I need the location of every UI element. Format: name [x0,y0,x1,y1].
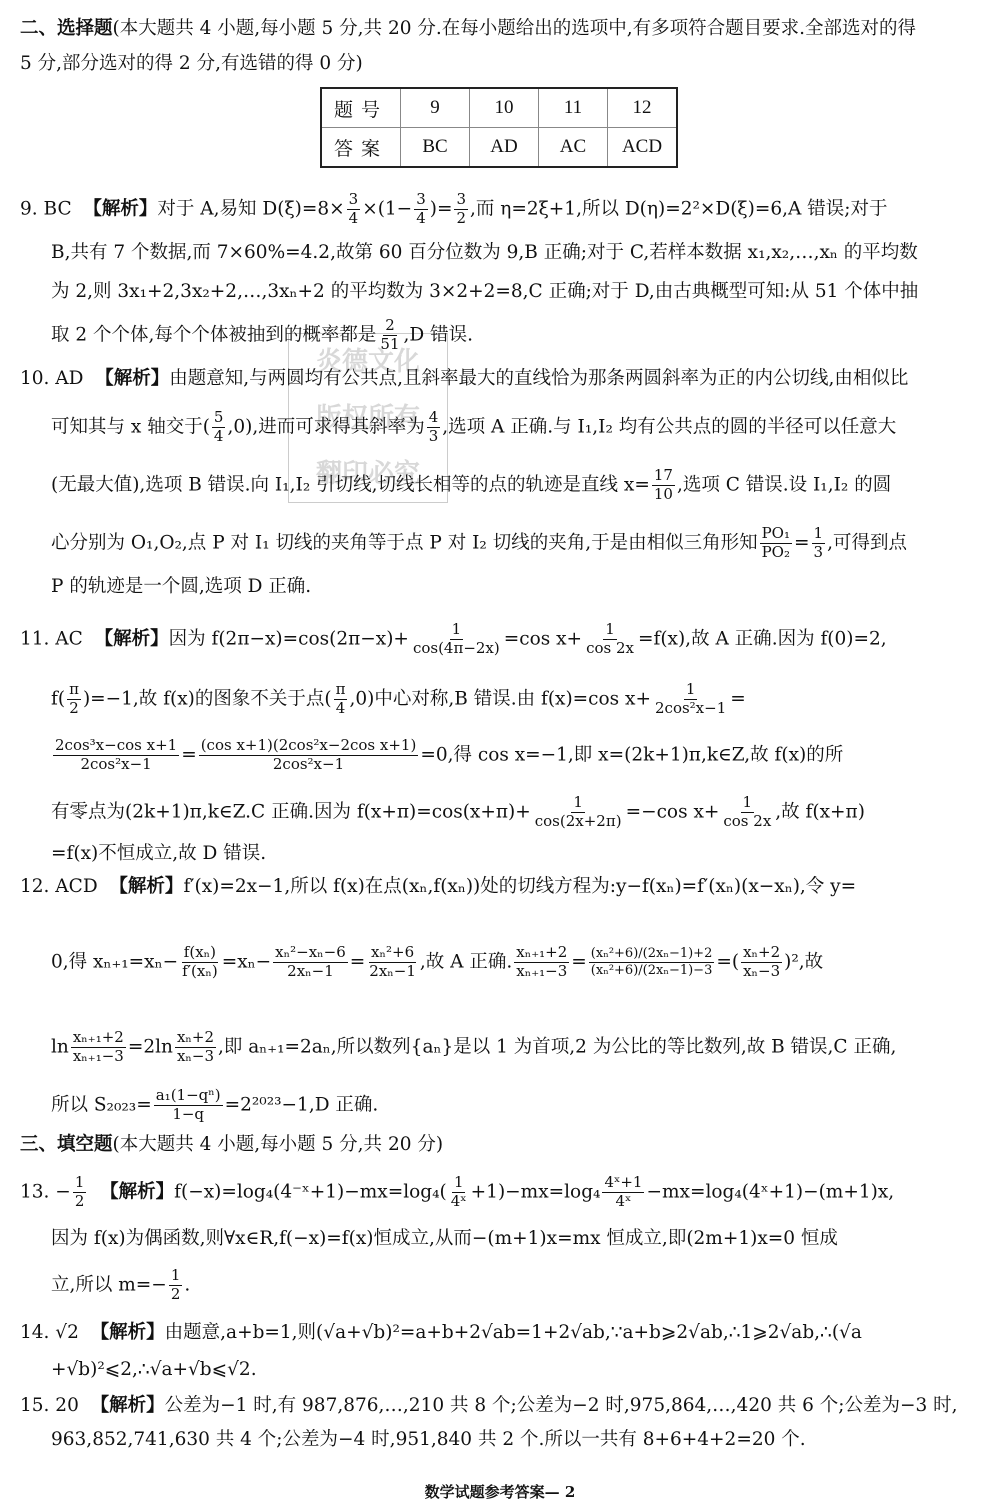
fraction: 32 [454,192,468,227]
text: 心分别为 O₁,O₂,点 P 对 I₁ 切线的夹角等于点 P 对 I₂ 切线的夹… [51,532,758,553]
text: ,选项 A 正确.与 I₁,I₂ 均有公共点的圆的半径可以任意大 [442,416,896,437]
answer-cell: BC [401,128,470,168]
text: ,D 错误. [404,324,473,345]
section-title: 三、填空题 [20,1134,113,1155]
question-label: 14. √2 [20,1322,79,1343]
fraction: xₙ₊₁+2xₙ₊₁−3 [514,945,569,980]
fraction: (cos x+1)(2cos²x−2cos x+1)2cos²x−1 [199,738,419,773]
fraction: 1710 [652,468,675,503]
fraction: 43 [427,410,441,445]
section-2-heading-cont: 5 分,部分选对的得 2 分,有选错的得 0 分) [20,55,363,74]
fraction: π2 [67,682,81,717]
row-header: 题号 [321,88,401,128]
question-label: 15. 20 [20,1395,79,1416]
text: )= [430,198,453,219]
q9-line-3: 为 2,则 3x₁+2,3x₂+2,…,3xₙ+2 的平均数为 3×2+2=8,… [51,283,918,302]
text: =( [716,951,739,972]
text: = [181,744,197,765]
fraction: xₙ₊₁+2xₙ₊₁−3 [71,1030,126,1065]
section-2-heading: 二、选择题(本大题共 4 小题,每小题 5 分,共 20 分.在每小题给出的选项… [20,20,916,39]
text: =2²⁰²³−1,D 正确. [225,1094,379,1115]
q14-line-1: 14. √2 【解析】由题意,a+b=1,则(√a+√b)²=a+b+2√ab=… [20,1324,862,1343]
question-label: 10. AD [20,368,84,389]
fraction: 12cos²x−1 [653,682,728,717]
text: +1)−mx=log₄ [471,1181,601,1202]
fraction: xₙ+2xₙ−3 [175,1030,216,1065]
section-description: (本大题共 4 小题,每小题 5 分,共 20 分) [113,1134,444,1155]
q11-line-3: 2cos³x−cos x+12cos²x−1=(cos x+1)(2cos²x−… [51,738,843,773]
answer-key-page: 炎德文化 版权所有 翻印必究 二、选择题(本大题共 4 小题,每小题 5 分,共… [0,0,1000,1509]
q12-line-3: lnxₙ₊₁+2xₙ₊₁−3=2lnxₙ+2xₙ−3,即 aₙ₊₁=2aₙ,所以… [51,1030,896,1065]
q11-line-1: 11. AC 【解析】因为 f(2π−x)=cos(2π−x)+1cos(4π−… [20,622,887,657]
q10-line-1: 10. AD 【解析】由题意知,与两圆均有公共点,且斜率最大的直线恰为那条两圆斜… [20,370,908,389]
answer-cell: AC [539,128,608,168]
table-row: 题号 9 10 11 12 [321,88,677,128]
text: 有零点为(2k+1)π,k∈Z.C 正确.因为 f(x+π)=cos(x+π)+ [51,801,531,822]
fraction: xₙ²+62xₙ−1 [367,945,418,980]
fraction: 12 [73,1175,87,1210]
fraction: 1cos 2x [584,622,636,657]
text: 公差为−1 时,有 987,876,…,210 共 8 个;公差为−2 时,97… [165,1395,958,1416]
q13-line-2: 因为 f(x)为偶函数,则∀x∈R,f(−x)=f(x)恒成立,从而−(m+1)… [51,1230,838,1249]
question-label: 13. − [20,1181,71,1202]
text: ×(1− [362,198,412,219]
text: f( [51,688,65,709]
fraction: 12 [169,1268,183,1303]
fraction: 34 [347,192,361,227]
analysis-tag: 【解析】 [95,368,169,389]
text: ,0)中心对称,B 错误.由 f(x)=cos x+ [349,688,651,709]
fraction: 1cos(4π−2x) [411,622,502,657]
fraction: f(xₙ)f′(xₙ) [180,945,220,980]
table-row: 答案 BC AD AC ACD [321,128,677,168]
text: ,0),进而可求得其斜率为 [227,416,424,437]
text: )²,故 [784,951,823,972]
analysis-tag: 【解析】 [91,1322,165,1343]
fraction: 14ˣ [449,1175,469,1210]
q12-line-4: 所以 S₂₀₂₃=a₁(1−qⁿ)1−q=2²⁰²³−1,D 正确. [51,1088,378,1123]
fraction: (xₙ²+6)/(2xₙ−1)+2(xₙ²+6)/(2xₙ−1)−3 [589,947,715,977]
analysis-tag: 【解析】 [109,876,183,897]
text: 由题意知,与两圆均有公共点,且斜率最大的直线恰为那条两圆斜率为正的内公切线,由相… [169,368,908,389]
text: ,故 f(x+π) [775,801,865,822]
q9-line-4: 取 2 个个体,每个个体被抽到的概率都是251,D 错误. [51,318,473,353]
question-number-cell: 11 [539,88,608,128]
text: =2ln [128,1036,173,1057]
text: ,故 A 正确. [420,951,512,972]
text: 取 2 个个体,每个个体被抽到的概率都是 [51,324,376,345]
text: ,而 η=2ξ+1,所以 D(η)=2²×D(ξ)=6,A 错误;对于 [470,198,887,219]
fraction: 251 [378,318,401,353]
text: 所以 S₂₀₂₃= [51,1094,152,1115]
text: 对于 A,易知 D(ξ)=8× [157,198,344,219]
analysis-tag: 【解析】 [83,198,157,219]
q10-line-3: (无最大值),选项 B 错误.向 I₁,I₂ 引切线,切线长相等的点的轨迹是直线… [51,468,891,503]
text: f(−x)=log₄(4⁻ˣ+1)−mx=log₄( [174,1181,447,1202]
q10-line-4: 心分别为 O₁,O₂,点 P 对 I₁ 切线的夹角等于点 P 对 I₂ 切线的夹… [51,526,907,561]
text: 0,得 xₙ₊₁=xₙ− [51,951,178,972]
analysis-tag: 【解析】 [95,628,169,649]
fraction: 34 [414,192,428,227]
q10-line-2: 可知其与 x 轴交于(54,0),进而可求得其斜率为43,选项 A 正确.与 I… [51,410,896,445]
text: = [350,951,366,972]
q13-line-1: 13. −12 【解析】f(−x)=log₄(4⁻ˣ+1)−mx=log₄(14… [20,1175,894,1210]
fraction: 4ˣ+14ˣ [602,1175,644,1210]
text: f′(x)=2x−1,所以 f(x)在点(xₙ,f(xₙ))处的切线方程为:y−… [183,876,856,897]
text: (无最大值),选项 B 错误.向 I₁,I₂ 引切线,切线长相等的点的轨迹是直线… [51,474,650,495]
answer-table: 题号 9 10 11 12 答案 BC AD AC ACD [320,87,678,168]
text: =xₙ− [222,951,271,972]
q10-line-5: P 的轨迹是一个圆,选项 D 正确. [51,578,311,597]
section-3-heading: 三、填空题(本大题共 4 小题,每小题 5 分,共 20 分) [20,1136,443,1155]
row-header: 答案 [321,128,401,168]
q14-line-2: +√b)²⩽2,∴√a+√b⩽√2. [51,1361,257,1380]
fraction: π4 [334,682,348,717]
question-label: 11. AC [20,628,83,649]
text: =f(x),故 A 正确.因为 f(0)=2, [638,628,887,649]
text: =cos x+ [504,628,582,649]
text: 由题意,a+b=1,则(√a+√b)²=a+b+2√ab=1+2√ab,∵a+b… [165,1322,862,1343]
fraction: 54 [212,410,226,445]
analysis-tag: 【解析】 [91,1395,165,1416]
text: 可知其与 x 轴交于( [51,416,210,437]
fraction: 1cos 2x [721,795,773,830]
text: = [794,532,810,553]
q15-line-1: 15. 20 【解析】公差为−1 时,有 987,876,…,210 共 8 个… [20,1397,958,1416]
text: =−cos x+ [626,801,720,822]
fraction: 2cos³x−cos x+12cos²x−1 [53,738,179,773]
section-description: (本大题共 4 小题,每小题 5 分,共 20 分.在每小题给出的选项中,有多项… [113,18,917,39]
q11-line-2: f(π2)=−1,故 f(x)的图象不关于点(π4,0)中心对称,B 错误.由 … [51,682,746,717]
text: = [730,688,746,709]
text: −mx=log₄(4ˣ+1)−(m+1)x, [646,1181,894,1202]
fraction: 13 [812,526,826,561]
fraction: 1cos(2x+2π) [533,795,624,830]
q12-line-2: 0,得 xₙ₊₁=xₙ−f(xₙ)f′(xₙ)=xₙ−xₙ²−xₙ−62xₙ−1… [51,945,823,980]
fraction: xₙ²−xₙ−62xₙ−1 [273,945,348,980]
q9-line-1: 9. BC 【解析】对于 A,易知 D(ξ)=8×34×(1−34)=32,而 … [20,192,887,227]
text: )=−1,故 f(x)的图象不关于点( [83,688,332,709]
q13-line-3: 立,所以 m=−12. [51,1268,190,1303]
text: ln [51,1036,69,1057]
q11-line-4: 有零点为(2k+1)π,k∈Z.C 正确.因为 f(x+π)=cos(x+π)+… [51,795,865,830]
section-title: 二、选择题 [20,18,113,39]
question-label: 9. BC [20,198,72,219]
question-number-cell: 12 [608,88,678,128]
page-footer: 数学试题参考答案— 2 [0,1481,1000,1502]
text: . [184,1274,190,1295]
text: ,即 aₙ₊₁=2aₙ,所以数列{aₙ}是以 1 为首项,2 为公比的等比数列,… [218,1036,896,1057]
text: =0,得 cos x=−1,即 x=(2k+1)π,k∈Z,故 f(x)的所 [420,744,843,765]
text: ,可得到点 [827,532,907,553]
text: = [571,951,587,972]
q15-line-2: 963,852,741,630 共 4 个;公差为−4 时,951,840 共 … [51,1431,806,1450]
q9-line-2: B,共有 7 个数据,而 7×60%=4.2,故第 60 百分位数为 9,B 正… [51,244,918,263]
question-number-cell: 9 [401,88,470,128]
fraction: PO₁PO₂ [760,526,792,561]
text: 因为 f(2π−x)=cos(2π−x)+ [169,628,409,649]
question-label: 12. ACD [20,876,98,897]
q11-line-5: =f(x)不恒成立,故 D 错误. [51,845,266,864]
analysis-tag: 【解析】 [100,1181,174,1202]
answer-cell: ACD [608,128,678,168]
question-number-cell: 10 [470,88,539,128]
fraction: a₁(1−qⁿ)1−q [154,1088,223,1123]
text: 立,所以 m=− [51,1274,167,1295]
fraction: xₙ+2xₙ−3 [741,945,782,980]
answer-cell: AD [470,128,539,168]
q12-line-1: 12. ACD 【解析】f′(x)=2x−1,所以 f(x)在点(xₙ,f(xₙ… [20,878,856,897]
text: ,选项 C 错误.设 I₁,I₂ 的圆 [677,474,891,495]
